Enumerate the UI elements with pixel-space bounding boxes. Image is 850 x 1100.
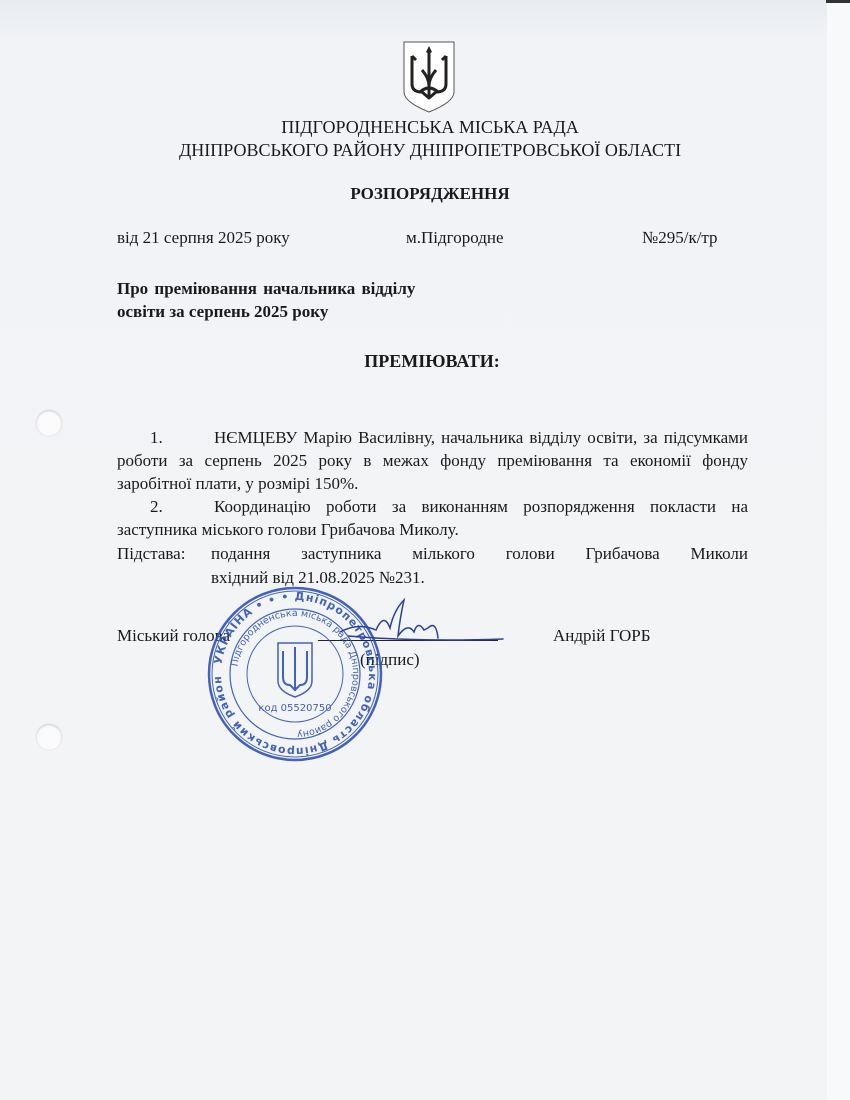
document-type-title: РОЗПОРЯДЖЕННЯ [0, 184, 850, 204]
punch-hole [36, 410, 62, 436]
document-city: м.Підгородне [406, 228, 504, 248]
document-number: №295/к/тр [642, 228, 718, 248]
handwritten-signature [318, 592, 518, 652]
item-number: 1. [150, 426, 186, 449]
signatory-name: Андрій ГОРБ [553, 626, 651, 646]
scan-edge-corner [826, 0, 850, 3]
trident-coat-of-arms-icon [402, 40, 456, 114]
list-item: 2.Координацію роботи за виконанням розпо… [117, 495, 748, 541]
punch-hole [36, 724, 62, 750]
org-name-line1: ПІДГОРОДНЕНСЬКА МІСЬКА РАДА [0, 117, 850, 138]
subject-line1: Про преміювання начальника відділу [117, 279, 415, 299]
item-text: НЄМЦЕВУ Марію Василівну, начальника відд… [117, 428, 748, 493]
item-text: Координацію роботи за виконанням розпоря… [117, 497, 748, 539]
basis-label: Підстава: [117, 544, 185, 564]
stamp-code: код 05520750 [258, 703, 331, 714]
item-number: 2. [150, 495, 186, 518]
document-date: від 21 серпня 2025 року [117, 228, 290, 248]
scan-edge [827, 0, 850, 1100]
subject-line2: освіти за серпень 2025 року [117, 302, 328, 322]
org-name-line2: ДНІПРОВСЬКОГО РАЙОНУ ДНІПРОПЕТРОВСЬКОЇ О… [0, 140, 850, 161]
basis-line1: подання заступника мілького голови Гриба… [211, 544, 748, 564]
list-item: 1.НЄМЦЕВУ Марію Василівну, начальника ві… [117, 426, 748, 495]
directive-heading: ПРЕМІЮВАТИ: [0, 351, 850, 372]
